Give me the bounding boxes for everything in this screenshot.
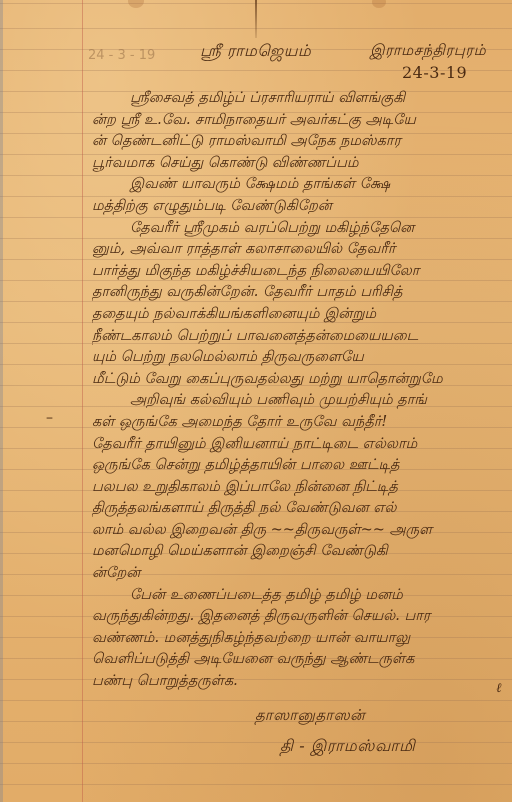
scan-edge [0,0,3,802]
body-line: வெளிப்படுத்தி அடியேனை வருந்து ஆண்டருள்க [92,649,502,671]
margin-line [82,0,83,802]
page-mark: ℓ [496,680,502,696]
body-line: திருத்தலங்களாய் திருத்தி நல் வேண்டுவன எல… [92,498,502,520]
body-line: மனமொழி மெய்களான் இறைஞ்சி வேண்டுகி [92,541,502,563]
body-line: பூர்வமாக செய்து கொண்டு விண்ணப்பம் [92,153,502,175]
margin-dash: – [46,410,54,426]
letter-date: 24-3-19 [402,62,467,83]
body-line: தானிருந்து வருகின்றேன். தேவரீர் பாதம் பர… [92,282,502,304]
letter-page: 24 - 3 - 19 ஸ்ரீ ராமஜெயம் இராமசந்திரபுரம… [0,0,512,802]
signature: தி - இராமஸ்வாமி [280,735,415,756]
body-line: ன்ற ஸ்ரீ உ.வே. சாமிநாதையர் அவர்கட்கு அடி… [92,110,502,132]
body-line: ன்றேன் [92,563,502,585]
body-line: பார்த்து மிகுந்த மகிழ்ச்சியடைந்த நிலையைய… [92,261,502,283]
body-line: ன் தெண்டனிட்டு ராமஸ்வாமி அநேக நமஸ்கார [92,131,502,153]
body-line: னும், அவ்வா ராத்தாள் கலாசாலையில் தேவரீர் [92,239,502,261]
place-heading: இராமசந்திரபுரம் [370,40,486,61]
body-line: தேவரீர் தாயினும் இனியனாய் நாட்டிடை எல்லா… [92,434,502,456]
body-line: நீண்டகாலம் பெற்றுப் பாவனைத்தன்மையையடை [92,326,502,348]
body-line: ததையும் நல்வாக்கியங்களினையும் இன்றும் [92,304,502,326]
pencil-annotation: 24 - 3 - 19 [88,48,155,63]
body-line: தேவரீர் ஸ்ரீமுகம் வரப்பெற்று மகிழ்ந்தேனெ [92,218,502,240]
body-line: மீட்டும் வேறு கைப்புருவதல்லது மற்று யாதொ… [92,369,502,391]
body-line: ஸ்ரீசைவத் தமிழ்ப் ப்ரசாரியராய் விளங்குகி [92,88,502,110]
body-line: யும் பெற்று நலமெல்லாம் திருவருளையே [92,347,502,369]
body-line: பண்பு பொறுத்தருள்க. [92,671,502,693]
body-line: பேன் உணைப்படைத்த தமிழ் தமிழ் மனம் [92,585,502,607]
closing-salutation: தாஸானுதாஸன் [255,705,365,726]
body-line: வண்ணம். மனத்துநிகழ்ந்தவற்றை யான் வாயாலு [92,628,502,650]
invocation-heading: ஸ்ரீ ராமஜெயம் [200,40,311,61]
letter-body: ஸ்ரீசைவத் தமிழ்ப் ப்ரசாரியராய் விளங்குகி… [92,88,502,693]
body-line: வருந்துகின்றது. இதனைத் திருவருளின் செயல்… [92,606,502,628]
body-line: லாம் வல்ல இறைவன் திரு ~~திருவருள்~~ அருள [92,520,502,542]
body-line: மத்திற்கு எழுதும்படி வேண்டுகிறேன் [92,196,502,218]
body-line: இவண் யாவரும் க்ஷேமம் தாங்கள் க்ஷே [92,174,502,196]
body-line: ஒருங்கே சென்று தமிழ்த்தாயின் பாலை ஊட்டித… [92,455,502,477]
body-line: அறிவுங் கல்வியும் பணிவும் முயற்சியும் தா… [92,390,502,412]
body-line: பலபல உறுதிகாலம் இப்பாலே நின்னை நிட்டித் [92,477,502,499]
fold-tear-mark [255,0,257,38]
body-line: கள் ஒருங்கே அமைந்த தோர் உருவே வந்தீர்! [92,412,502,434]
